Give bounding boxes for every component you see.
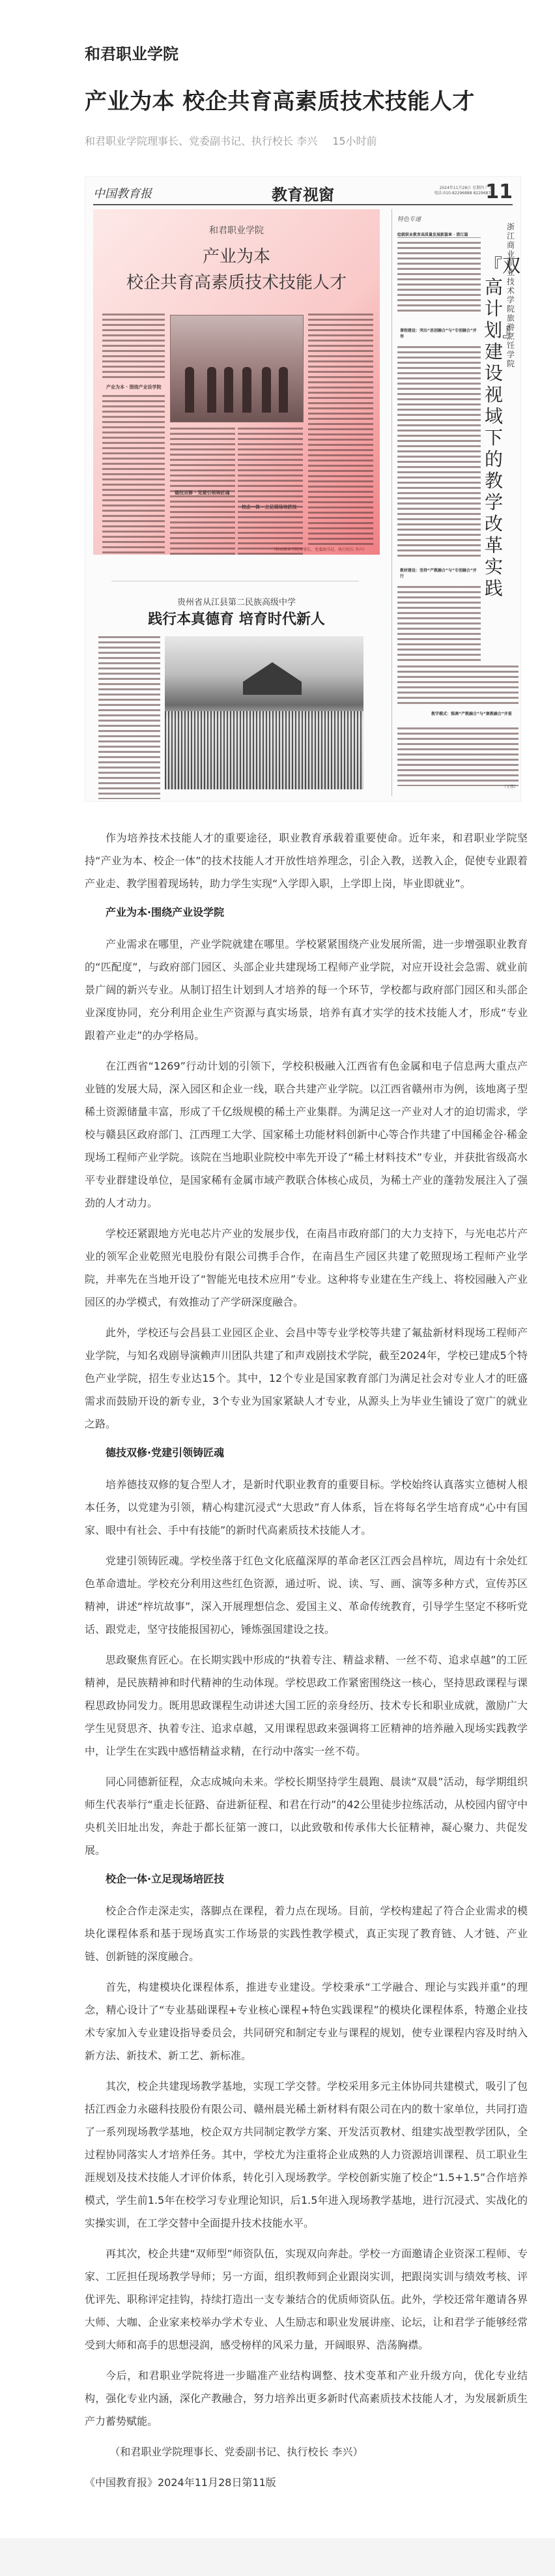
main-story-subhead: 校企一体 · 立足现场培匠技 xyxy=(242,504,297,510)
second-story-school: 贵州省从江县第二民族高级中学 xyxy=(93,595,380,607)
right-column-text xyxy=(397,346,481,558)
main-story-text-col xyxy=(102,314,165,379)
paragraph: 作为培养技术技能人才的重要途径，职业教育承载着重要使命。近年来，和君职业学院坚持… xyxy=(85,827,528,895)
newspaper-page-number: 11 xyxy=(485,181,513,203)
right-column-story: 特色专递 绘就职业教育高质量发展新篇章 · 浙江篇 浙江商业职业技术学院旅游烹饪… xyxy=(391,209,520,796)
author: 和君职业学院理事长、党委副书记、执行校长 李兴 xyxy=(85,135,317,147)
second-story-photo xyxy=(165,636,363,789)
publish-time: 15小时前 xyxy=(332,135,377,147)
newspaper-image[interactable]: 中国教育报 教育视窗 2024年11月28日 星期四 广告 电话:010-822… xyxy=(85,176,521,802)
main-story-text-col xyxy=(308,314,373,545)
right-column-text xyxy=(397,727,519,786)
paragraph: 今后，和君职业学院将进一步瞄准产业结构调整、技术变革和产业升级方向，优化专业结构… xyxy=(85,2364,528,2433)
paragraph: 校企合作走深走实，落脚点在课程，着力点在现场。目前，学校构建起了符合企业需求的模… xyxy=(85,1899,528,1968)
main-story-school: 和君职业学院 xyxy=(93,224,380,237)
footer-band xyxy=(0,2538,555,2576)
right-column-subhead: 课程建设：突出“思创融合”与“专创融合”并举 xyxy=(400,328,478,340)
right-column-text xyxy=(397,586,481,664)
article-title: 产业为本 校企共育高素质技术技能人才 xyxy=(85,87,528,116)
main-story-text-col xyxy=(102,395,165,555)
newspaper-masthead: 中国教育报 教育视窗 2024年11月28日 星期四 广告 电话:010-822… xyxy=(93,182,513,205)
paragraph: 学校还紧跟地方光电芯片产业的发展步伐，在南昌市政府部门的大力支持下，与光电芯片产… xyxy=(85,1222,528,1313)
paragraph: 此外，学校还与会昌县工业园区企业、会昌中等专业学校等共建了氟盐新材料现场工程师产… xyxy=(85,1321,528,1435)
right-column-header: 绘就职业教育高质量发展新篇章 · 浙江篇 xyxy=(397,231,481,238)
main-story-title-line1: 产业为本 xyxy=(93,243,380,267)
paragraph: 培养德技双修的复合型人才，是新时代职业教育的重要目标。学校始终认真落实立德树人根… xyxy=(85,1473,528,1542)
story-divider xyxy=(111,581,359,581)
main-story-subhead: 产业为本 · 围绕产业设学院 xyxy=(106,384,162,390)
right-column-school: 浙江商业职业技术学院旅游烹饪学院 xyxy=(506,222,515,368)
paragraph: 在江西省“1269”行动计划的引领下，学校积极融入江西省有色金属和电子信息两大重… xyxy=(85,1055,528,1214)
right-column-subhead: 教材建设：坚持“产教融合”与“专创融合”并行 xyxy=(400,568,478,579)
main-story-subhead: 德技双修 · 党建引领铸匠魂 xyxy=(175,490,230,496)
section-heading: 产业为本·围绕产业设学院 xyxy=(85,903,528,922)
source-citation: 《中国教育报》2024年11月28日第11版 xyxy=(85,2471,528,2494)
paragraph: 党建引领铸匠魂。学校坐落于红色文化底蕴深厚的革命老区江西会昌梓坑，周边有十余处红… xyxy=(85,1549,528,1641)
article-content: 和君职业学院 产业为本 校企共育高素质技术技能人才 和君职业学院理事长、党委副书… xyxy=(0,0,555,2494)
paragraph: 其次，校企共建现场教学基地，实现工学交替。学校采用多元主体协同共建模式，吸引了包… xyxy=(85,2075,528,2234)
article-byline: （和君职业学院理事长、党委副书记、执行校长 李兴） xyxy=(85,2440,528,2463)
paragraph: 思政聚焦育匠心。在长期实践中形成的“执着专注、精益求精、一丝不苟、追求卓越”的工… xyxy=(85,1648,528,1763)
section-heading: 校企一体·立足现场培匠技 xyxy=(85,1869,528,1889)
right-column-tag: 特色专递 xyxy=(397,214,421,223)
source-name[interactable]: 和君职业学院 xyxy=(85,0,528,64)
main-story-signature: （和君职业学院理事长、党委副书记、执行校长 李兴） xyxy=(272,546,367,552)
article-body: 作为培养技术技能人才的重要途径，职业教育承载着重要使命。近年来，和君职业学院坚持… xyxy=(85,827,528,2494)
right-column-signature: （王伟） xyxy=(502,783,518,789)
article-page: 和君职业学院 产业为本 校企共育高素质技术技能人才 和君职业学院理事长、党委副书… xyxy=(0,0,555,2576)
second-story-title: 践行本真德育 培育时代新人 xyxy=(93,608,380,628)
paragraph: 产业需求在哪里，产业学院就建在哪里。学校紧紧围绕产业发展所需，进一步增强职业教育… xyxy=(85,933,528,1047)
section-heading: 德技双修·党建引领铸匠魂 xyxy=(85,1443,528,1463)
right-column-title: 『双高计划』建设视域下的教学改革实践 xyxy=(484,255,504,599)
article-meta: 和君职业学院理事长、党委副书记、执行校长 李兴 15小时前 xyxy=(85,134,528,149)
paragraph: 再其次，校企共建“双师型”师资队伍，实现双向奔赴。学校一方面邀请企业资深工程师、… xyxy=(85,2242,528,2356)
right-column-text xyxy=(397,242,481,314)
paragraph: 首先，构建模块化课程体系，推进专业建设。学校秉承“工学融合、理论与实践并重”的理… xyxy=(85,1976,528,2067)
right-column-subhead: 教学模式：强调“产教融合”与“赛教融合”并重 xyxy=(431,711,521,717)
right-column-text xyxy=(397,666,519,705)
second-story-text-col xyxy=(98,636,160,799)
main-story-photo xyxy=(170,315,304,422)
main-story-title-line2: 校企共育高素质技术技能人才 xyxy=(93,269,380,293)
newspaper-date: 2024年11月28日 星期四 广告 电话:010-82296888 82296… xyxy=(434,186,493,196)
newspaper-date-line: 2024年11月28日 星期四 广告 xyxy=(434,186,493,191)
paragraph: 同心同德新征程，众志成城向未来。学校长期坚持学生晨跑、晨读“双晨”活动，每学期组… xyxy=(85,1770,528,1862)
main-story-text-col xyxy=(238,428,303,555)
newspaper-phone-line: 电话:010-82296888 82296870 xyxy=(434,191,493,196)
main-story-block: 和君职业学院 产业为本 校企共育高素质技术技能人才 产业为本 · 围绕产业设学院… xyxy=(93,209,380,555)
